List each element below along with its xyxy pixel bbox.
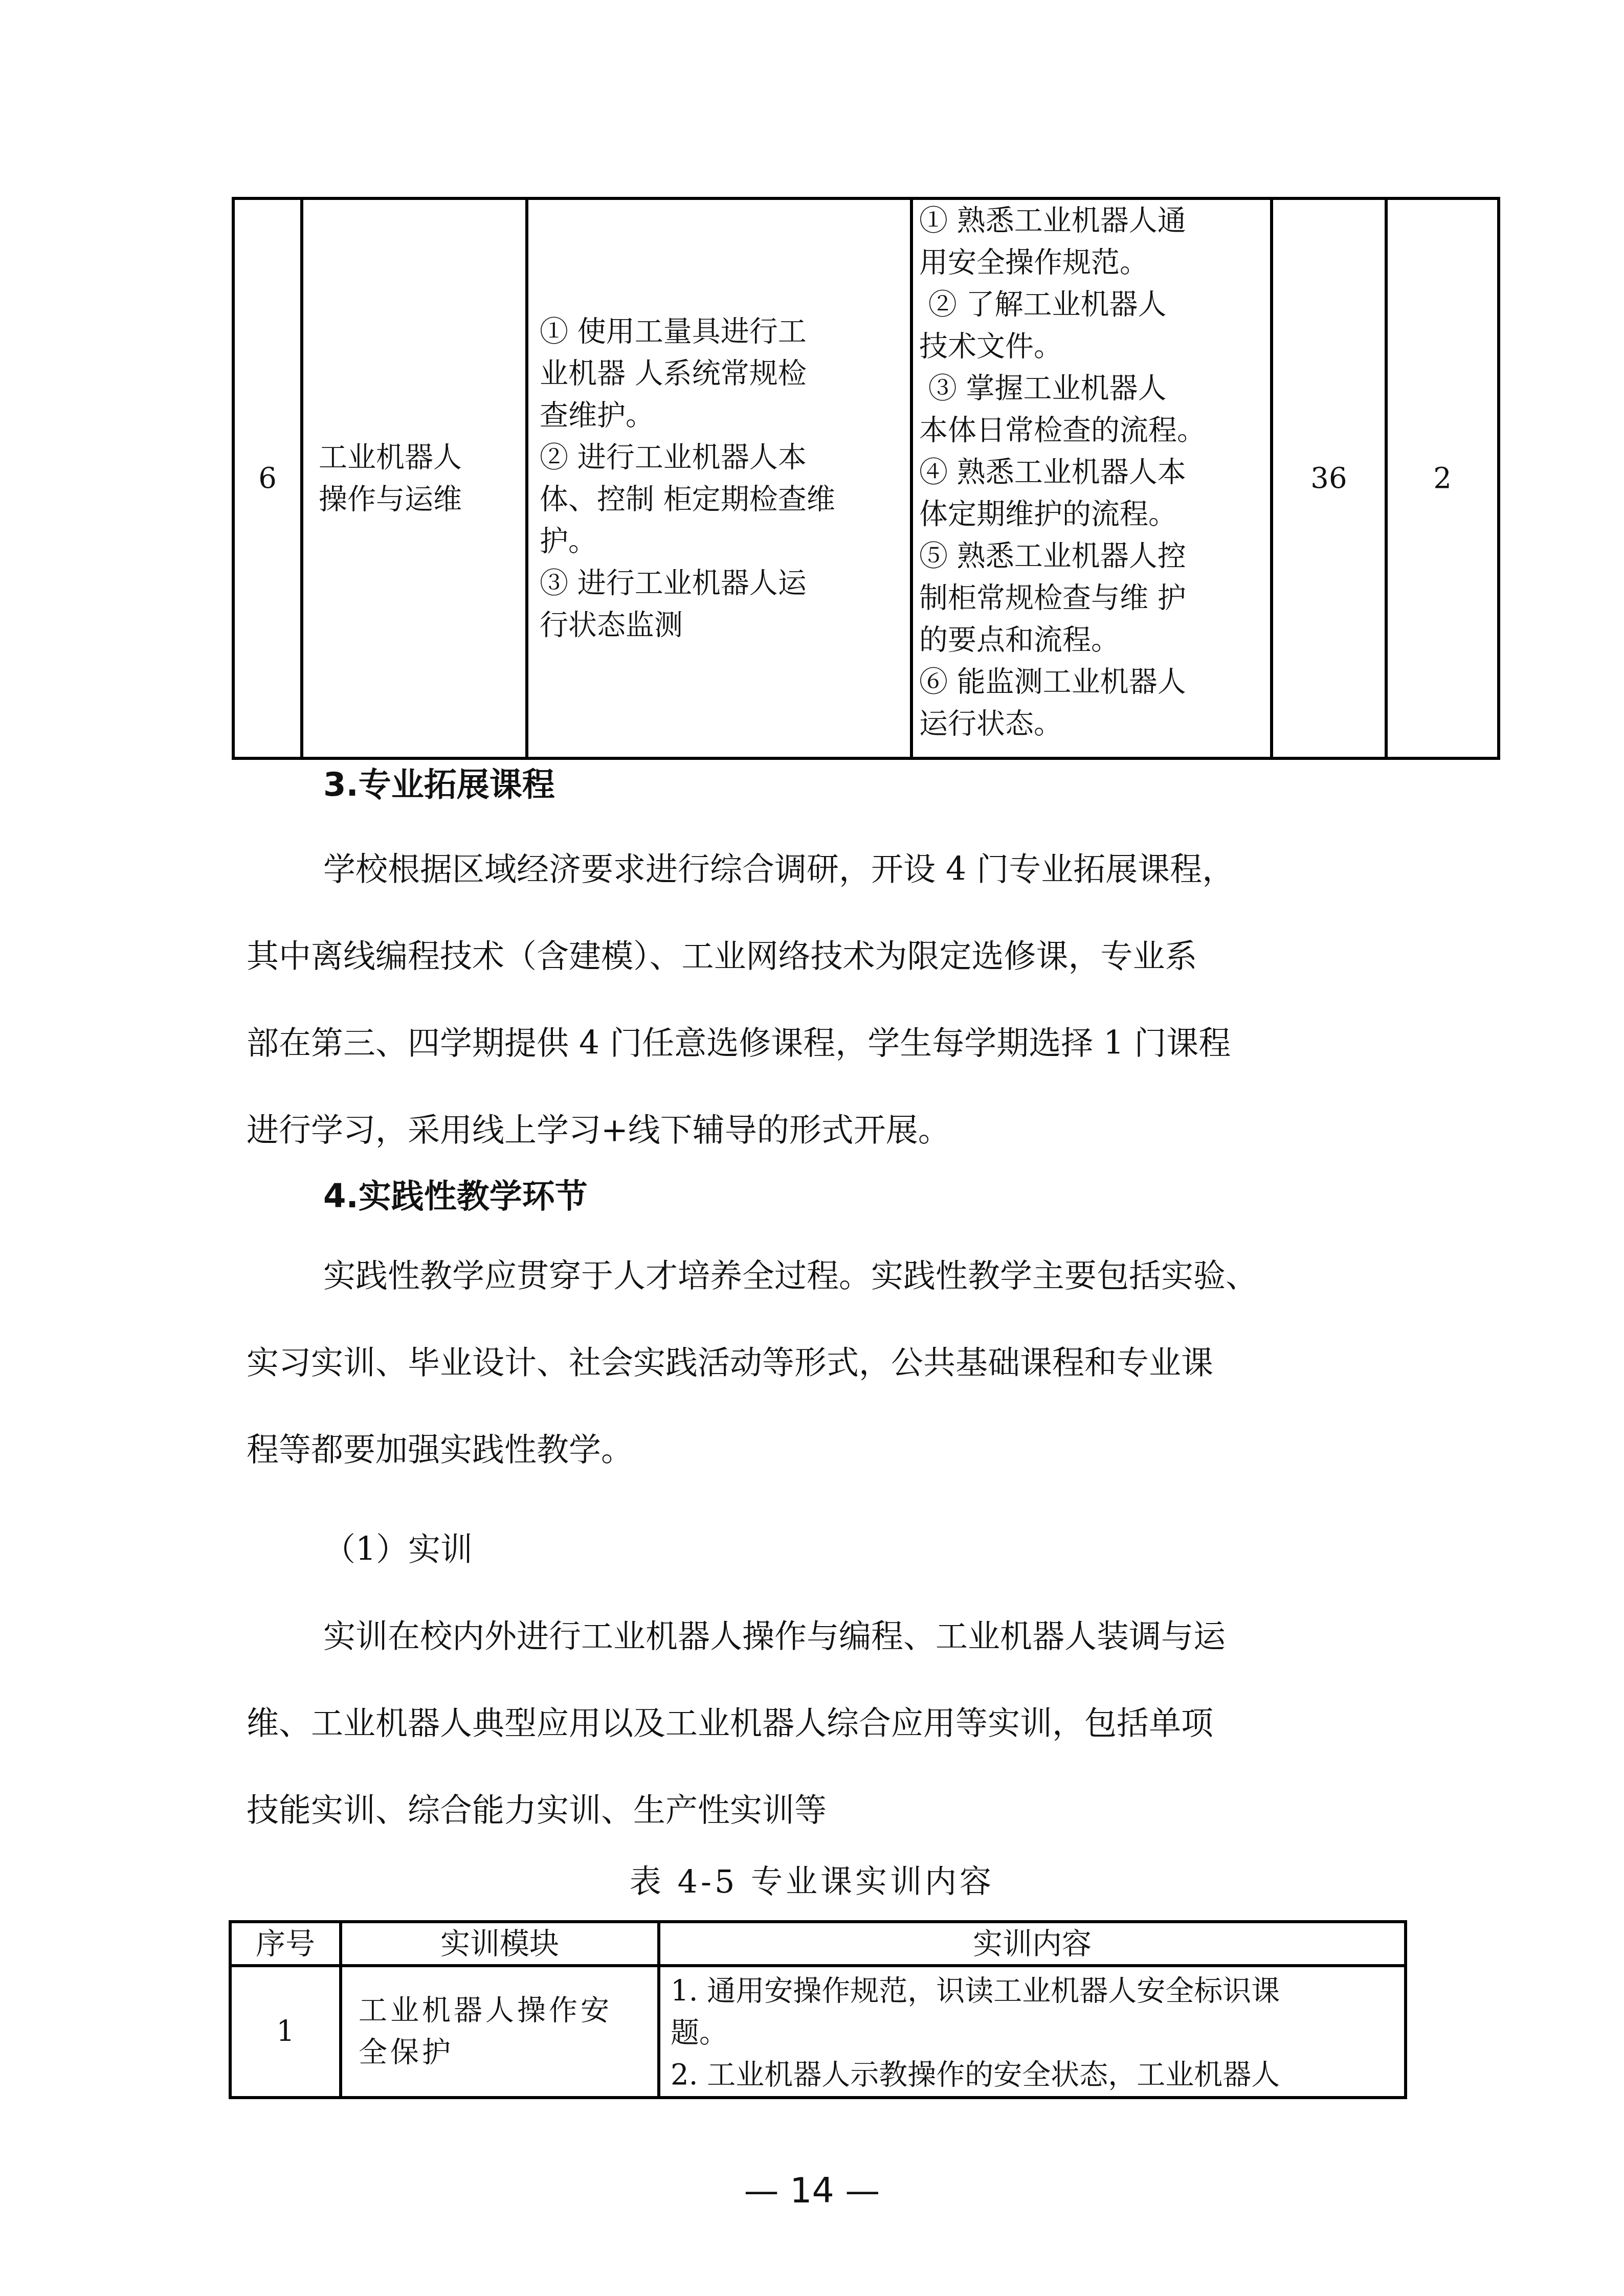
requirement-line: 体、控制 柜定期检查维 [540, 479, 905, 521]
section3-paragraph: 学校根据区域经济要求进行综合调研，开设 4 门专业拓展课程， 其中离线编程技术（… [247, 849, 1403, 1151]
course-name-line: 工业机器人 [319, 437, 525, 479]
course-requirements: ① 使用工量具进行工 业机器 人系统常规检 查维护。 ② 进行工业机器人本 体、… [527, 198, 911, 758]
row-content: 1. 通用安操作规范，识读工业机器人安全标识课 题。 2. 工业机器人示教操作的… [659, 1966, 1406, 2098]
table-caption: 表 4-5 专业课实训内容 [0, 1861, 1624, 1902]
module-line: 工业机器人操作安 [359, 1990, 652, 2032]
knowledge-line: 体定期维护的流程。 [919, 493, 1267, 535]
course-credits: 2 [1386, 198, 1499, 758]
paragraph-line: 技能实训、综合能力实训、生产性实训等 [247, 1790, 1403, 1831]
module-line: 全保护 [359, 2032, 652, 2074]
course-knowledge: ① 熟悉工业机器人通 用安全操作规范。 ② 了解工业机器人 技术文件。 ③ 掌握… [911, 198, 1272, 758]
subheading-training: （1）实训 [247, 1529, 1403, 1570]
knowledge-line: 运行状态。 [919, 703, 1267, 745]
paragraph-line: 维、工业机器人典型应用以及工业机器人综合应用等实训，包括单项 [247, 1703, 1403, 1744]
knowledge-line: 用安全操作规范。 [919, 242, 1267, 284]
table-row: 6 工业机器人 操作与运维 ① 使用工量具进行工 业机器 人系统常规检 查维护。… [233, 198, 1499, 758]
course-index: 6 [233, 198, 302, 758]
course-table: 6 工业机器人 操作与运维 ① 使用工量具进行工 业机器 人系统常规检 查维护。… [232, 197, 1500, 760]
table-header-row: 序号 实训模块 实训内容 [230, 1922, 1406, 1966]
requirement-line: 护。 [540, 521, 905, 562]
training-paragraph: 实训在校内外进行工业机器人操作与编程、工业机器人装调与运 维、工业机器人典型应用… [247, 1616, 1403, 1831]
knowledge-line: ⑥ 能监测工业机器人 [919, 661, 1267, 703]
knowledge-line: ③ 掌握工业机器人 [919, 368, 1267, 410]
header-module: 实训模块 [341, 1922, 659, 1966]
header-content: 实训内容 [659, 1922, 1406, 1966]
paragraph-line: 其中离线编程技术（含建模）、工业网络技术为限定选修课，专业系 [247, 936, 1403, 977]
course-name-line: 操作与运维 [319, 479, 525, 521]
paragraph-line: 部在第三、四学期提供 4 门任意选修课程，学生每学期选择 1 门课程 [247, 1023, 1403, 1064]
subheading: （1）实训 [247, 1529, 1403, 1570]
paragraph-line: 程等都要加强实践性教学。 [247, 1429, 1403, 1470]
paragraph-line: 进行学习，采用线上学习+线下辅导的形式开展。 [247, 1110, 1403, 1151]
requirement-line: ① 使用工量具进行工 [540, 311, 905, 353]
knowledge-line: 本体日常检查的流程。 [919, 410, 1267, 452]
requirement-line: ② 进行工业机器人本 [540, 437, 905, 479]
content-line: 1. 通用安操作规范，识读工业机器人安全标识课 [671, 1970, 1401, 2012]
table-row: 1 工业机器人操作安 全保护 1. 通用安操作规范，识读工业机器人安全标识课 题… [230, 1966, 1406, 2098]
paragraph-line: 实训在校内外进行工业机器人操作与编程、工业机器人装调与运 [247, 1616, 1403, 1657]
paragraph-line: 实习实训、毕业设计、社会实践活动等形式，公共基础课程和专业课 [247, 1342, 1403, 1383]
section4-paragraph: 实践性教学应贯穿于人才培养全过程。实践性教学主要包括实验、 实习实训、毕业设计、… [247, 1255, 1403, 1470]
section-heading: 4.实践性教学环节 [323, 1176, 588, 1217]
knowledge-line: ① 熟悉工业机器人通 [919, 200, 1267, 242]
section-heading: 3.专业拓展课程 [323, 764, 555, 805]
knowledge-line: 的要点和流程。 [919, 619, 1267, 661]
knowledge-line: ⑤ 熟悉工业机器人控 [919, 535, 1267, 577]
content-line: 题。 [671, 2012, 1401, 2054]
content-line: 2. 工业机器人示教操作的安全状态，工业机器人 [671, 2054, 1401, 2096]
requirement-line: 业机器 人系统常规检 [540, 353, 905, 395]
knowledge-line: 制柜常规检查与维 护 [919, 577, 1267, 619]
row-module: 工业机器人操作安 全保护 [341, 1966, 659, 2098]
course-hours: 36 [1272, 198, 1386, 758]
knowledge-line: ④ 熟悉工业机器人本 [919, 452, 1267, 493]
paragraph-line: 学校根据区域经济要求进行综合调研，开设 4 门专业拓展课程， [247, 849, 1403, 890]
course-name: 工业机器人 操作与运维 [302, 198, 527, 758]
requirement-line: ③ 进行工业机器人运 [540, 562, 905, 604]
row-index: 1 [230, 1966, 341, 2098]
header-index: 序号 [230, 1922, 341, 1966]
training-table: 序号 实训模块 实训内容 1 工业机器人操作安 全保护 1. 通用安操作规范，识… [229, 1920, 1407, 2099]
knowledge-line: 技术文件。 [919, 326, 1267, 368]
paragraph-line: 实践性教学应贯穿于人才培养全过程。实践性教学主要包括实验、 [247, 1255, 1403, 1296]
requirement-line: 行状态监测 [540, 604, 905, 646]
page-number: — 14 — [0, 2171, 1624, 2212]
requirement-line: 查维护。 [540, 395, 905, 437]
knowledge-line: ② 了解工业机器人 [919, 284, 1267, 326]
